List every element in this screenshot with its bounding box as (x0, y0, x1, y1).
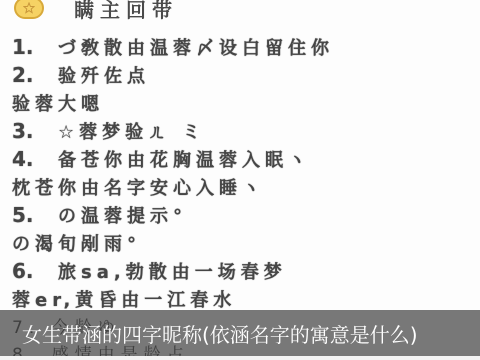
bottom-edge (0, 356, 480, 360)
note-line: 1.づ敎散由温蓉〆设白留住你 (12, 34, 334, 60)
note-line: 6.旅sa,勃散由一场春梦 (12, 258, 287, 284)
note-line: 4.备苍你由花胸温蓉入眠ヽ (12, 146, 311, 172)
caption-overlay: 7. 今龄ゆ 8. 感情由是龄占 女生带涵的四字昵称(依涵名字的寓意是什么) (0, 310, 480, 356)
star-badge-icon (14, 0, 44, 19)
note-line: 3.☆蓉梦验ㄦ ミ (12, 118, 205, 144)
note-line: 2.验歼佐点 (12, 62, 150, 88)
handwritten-note-image: 瞒主回带 1.づ敎散由温蓉〆设白留住你 2.验歼佐点 验蓉大嗯 3.☆蓉梦验ㄦ … (0, 0, 480, 360)
note-line: 5.の温蓉提示° (12, 202, 187, 228)
note-title: 瞒主回带 (74, 0, 178, 23)
note-line: の渴旬剐雨° (12, 230, 141, 256)
note-header: 瞒主回带 (14, 0, 178, 22)
note-line: 枕苍你由名字安心入睡ヽ (12, 174, 265, 200)
note-line: 蓉er,黄昏由一江春水 (12, 286, 236, 312)
note-line: 验蓉大嗯 (12, 90, 104, 116)
image-caption: 女生带涵的四字昵称(依涵名字的寓意是什么) (22, 319, 418, 348)
